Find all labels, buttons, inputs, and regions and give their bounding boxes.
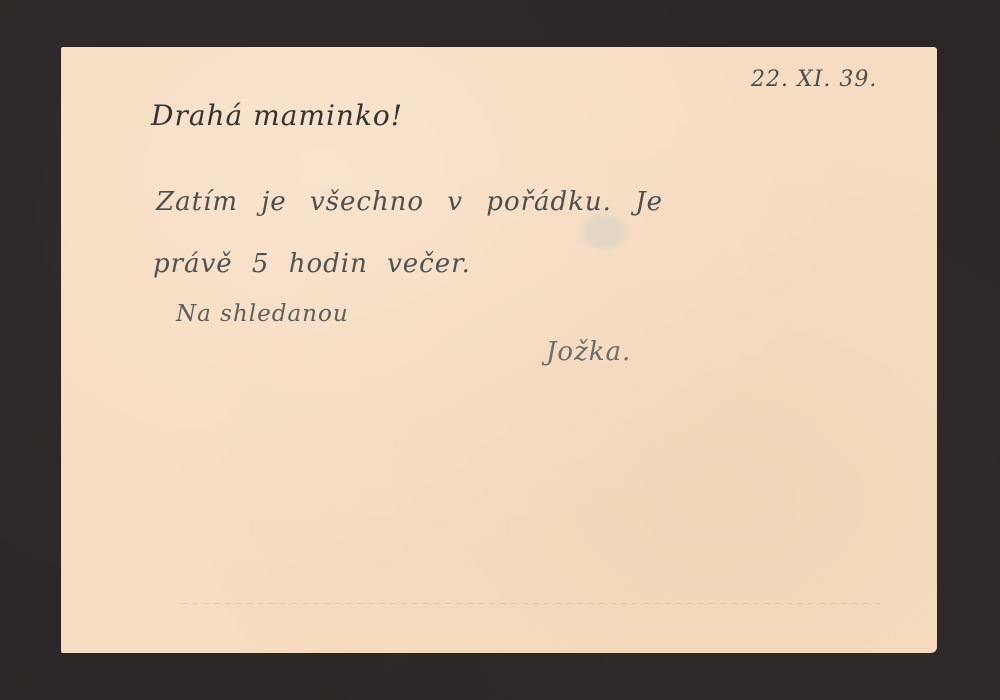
signature: Jožka. (546, 337, 631, 367)
handwritten-date: 22. XI. 39. (751, 67, 877, 92)
body-line: právě 5 hodin večer. (153, 249, 471, 279)
greeting: Drahá maminko! (151, 99, 403, 132)
paper-stain (581, 215, 627, 249)
closing: Na shledanou (176, 301, 349, 327)
body-line: Zatím je všechno v pořádku. Je (156, 187, 663, 217)
faint-printed-line (181, 603, 881, 604)
postcard: 22. XI. 39. Drahá maminko! Zatím je všec… (61, 47, 937, 653)
